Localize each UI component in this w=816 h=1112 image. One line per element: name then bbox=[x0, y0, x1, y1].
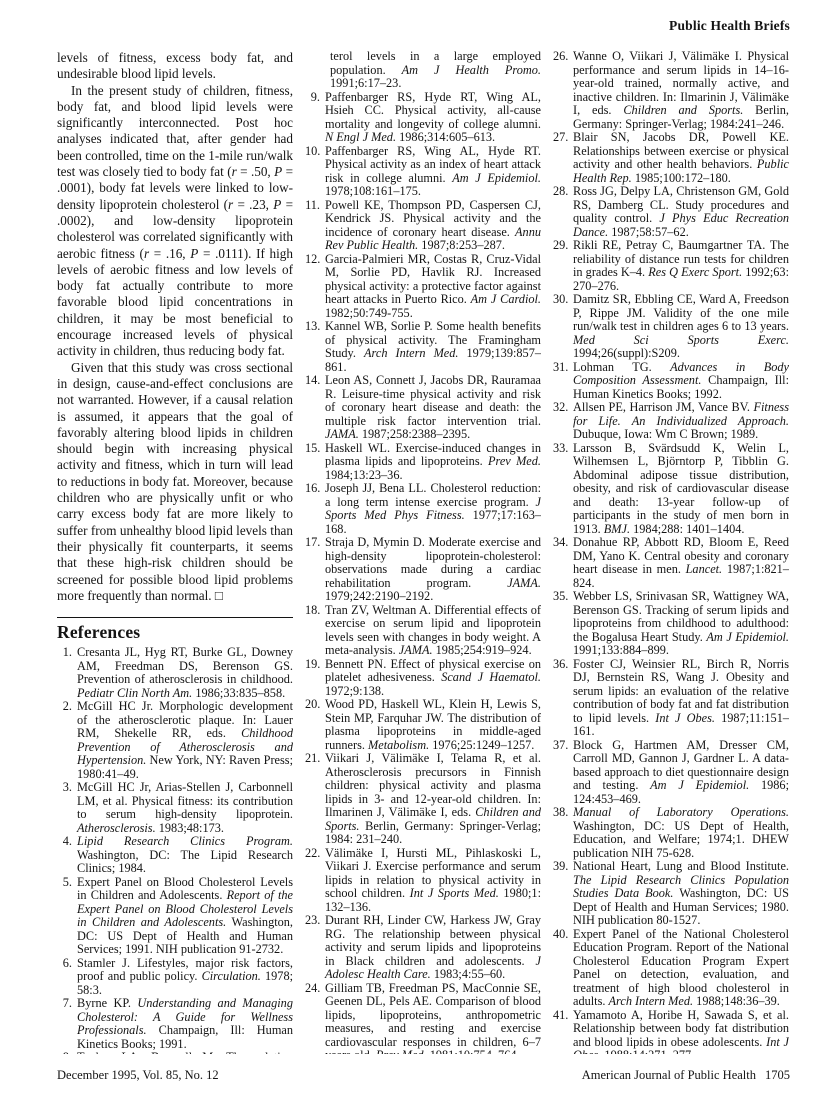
reference-item: 8.Tucker LA, Bagwell M. The relation bet… bbox=[57, 1051, 293, 1054]
reference-number: 41. bbox=[553, 1009, 573, 1055]
reference-text: Paffenbarger RS, Wing AL, Hyde RT. Physi… bbox=[325, 145, 541, 199]
reference-text: Ross JG, Delpy LA, Christenson GM, Gold … bbox=[573, 185, 789, 239]
footer-issue-info: December 1995, Vol. 85, No. 12 bbox=[57, 1068, 219, 1083]
reference-text: Wanne O, Viikari J, Välimäke I. Physical… bbox=[573, 50, 789, 131]
reference-text: Larsson B, Svärdsudd K, Welin L, Wilhems… bbox=[573, 442, 789, 537]
reference-text: Expert Panel on Blood Cholesterol Levels… bbox=[77, 876, 293, 957]
reference-carryover: terol levels in a large employed populat… bbox=[330, 50, 541, 91]
reference-text: Webber LS, Srinivasan SR, Wattigney WA, … bbox=[573, 590, 789, 658]
reference-number: 40. bbox=[553, 928, 573, 1009]
reference-item: 20.Wood PD, Haskell WL, Klein H, Lewis S… bbox=[305, 698, 541, 752]
reference-number: 30. bbox=[553, 293, 573, 361]
reference-text: Tran ZV, Weltman A. Differential effects… bbox=[325, 604, 541, 658]
reference-number: 35. bbox=[553, 590, 573, 658]
reference-item: 7.Byrne KP. Understanding and Managing C… bbox=[57, 997, 293, 1051]
reference-number: 29. bbox=[553, 239, 573, 293]
reference-number: 3. bbox=[57, 781, 77, 835]
reference-item: 40.Expert Panel of the National Choleste… bbox=[553, 928, 789, 1009]
reference-number: 28. bbox=[553, 185, 573, 239]
reference-text: Straja D, Mymin D. Moderate exercise and… bbox=[325, 536, 541, 604]
reference-number: 1. bbox=[57, 646, 77, 700]
reference-number: 14. bbox=[305, 374, 325, 442]
reference-item: 33.Larsson B, Svärdsudd K, Welin L, Wilh… bbox=[553, 442, 789, 537]
reference-item: 3.McGill HC Jr, Arias-Stellen J, Carbonn… bbox=[57, 781, 293, 835]
reference-number: 19. bbox=[305, 658, 325, 699]
journal-page: Public Health Briefs levels of fitness, … bbox=[0, 0, 816, 1112]
reference-item: 41.Yamamoto A, Horibe H, Sawada S, et al… bbox=[553, 1009, 789, 1055]
references-list-col3: 26.Wanne O, Viikari J, Välimäke I. Physi… bbox=[553, 50, 789, 1054]
column-2: terol levels in a large employed populat… bbox=[305, 50, 541, 1054]
reference-number: 8. bbox=[57, 1051, 77, 1054]
reference-item: 35.Webber LS, Srinivasan SR, Wattigney W… bbox=[553, 590, 789, 658]
column-3: 26.Wanne O, Viikari J, Välimäke I. Physi… bbox=[553, 50, 789, 1054]
reference-text: Kannel WB, Sorlie P. Some health benefit… bbox=[325, 320, 541, 374]
reference-item: 31.Lohman TG. Advances in Body Compositi… bbox=[553, 361, 789, 402]
reference-item: 9.Paffenbarger RS, Hyde RT, Wing AL, Hsi… bbox=[305, 91, 541, 145]
reference-item: 22.Välimäke I, Hursti ML, Pihlaskoski L,… bbox=[305, 847, 541, 915]
reference-item: 32.Allsen PE, Harrison JM, Vance BV. Fit… bbox=[553, 401, 789, 442]
reference-text: Durant RH, Linder CW, Harkess JW, Gray R… bbox=[325, 914, 541, 982]
reference-number: 13. bbox=[305, 320, 325, 374]
reference-number: 37. bbox=[553, 739, 573, 807]
reference-item: 36.Foster CJ, Weinsier RL, Birch R, Norr… bbox=[553, 658, 789, 739]
reference-text: Välimäke I, Hursti ML, Pihlaskoski L, Vi… bbox=[325, 847, 541, 915]
reference-text: Bennett PN. Effect of physical exercise … bbox=[325, 658, 541, 699]
reference-number: 39. bbox=[553, 860, 573, 928]
reference-item: 1.Cresanta JL, Hyg RT, Burke GL, Downey … bbox=[57, 646, 293, 700]
reference-item: 14.Leon AS, Connett J, Jacobs DR, Rauram… bbox=[305, 374, 541, 442]
reference-number: 26. bbox=[553, 50, 573, 131]
reference-number: 32. bbox=[553, 401, 573, 442]
reference-item: 28.Ross JG, Delpy LA, Christenson GM, Go… bbox=[553, 185, 789, 239]
reference-text: Allsen PE, Harrison JM, Vance BV. Fitnes… bbox=[573, 401, 789, 442]
running-head: Public Health Briefs bbox=[57, 18, 790, 34]
reference-number: 31. bbox=[553, 361, 573, 402]
reference-text: Gilliam TB, Freedman PS, MacConnie SE, G… bbox=[325, 982, 541, 1055]
reference-item: 27.Blair SN, Jacobs DR, Powell KE. Relat… bbox=[553, 131, 789, 185]
reference-item: 6.Stamler J. Lifestyles, major risk fact… bbox=[57, 957, 293, 998]
reference-item: 11.Powell KE, Thompson PD, Caspersen CJ,… bbox=[305, 199, 541, 253]
reference-item: 15.Haskell WL. Exercise-induced changes … bbox=[305, 442, 541, 483]
references-heading: References bbox=[57, 622, 293, 643]
reference-text: Lohman TG. Advances in Body Composition … bbox=[573, 361, 789, 402]
reference-item: 10.Paffenbarger RS, Wing AL, Hyde RT. Ph… bbox=[305, 145, 541, 199]
reference-item: 16.Joseph JJ, Bena LL. Cholesterol reduc… bbox=[305, 482, 541, 536]
reference-text: National Heart, Lung and Blood Institute… bbox=[573, 860, 789, 928]
reference-item: 4.Lipid Research Clinics Program. Washin… bbox=[57, 835, 293, 876]
reference-number: 6. bbox=[57, 957, 77, 998]
reference-item: 37.Block G, Hartmen AM, Dresser CM, Carr… bbox=[553, 739, 789, 807]
reference-number: 27. bbox=[553, 131, 573, 185]
reference-text: Rikli RE, Petray C, Baumgartner TA. The … bbox=[573, 239, 789, 293]
reference-item: 38.Manual of Laboratory Operations. Wash… bbox=[553, 806, 789, 860]
column-1: levels of fitness, excess body fat, and … bbox=[57, 50, 293, 1054]
reference-text: Yamamoto A, Horibe H, Sawada S, et al. R… bbox=[573, 1009, 789, 1055]
reference-number: 22. bbox=[305, 847, 325, 915]
reference-item: 21.Viikari J, Välimäke I, Telama R, et a… bbox=[305, 752, 541, 847]
reference-number: 24. bbox=[305, 982, 325, 1055]
reference-item: 13.Kannel WB, Sorlie P. Some health bene… bbox=[305, 320, 541, 374]
reference-text: Donahue RP, Abbott RD, Bloom E, Reed DM,… bbox=[573, 536, 789, 590]
reference-text: Expert Panel of the National Cholesterol… bbox=[573, 928, 789, 1009]
article-body: levels of fitness, excess body fat, and … bbox=[57, 50, 293, 604]
reference-text: Powell KE, Thompson PD, Caspersen CJ, Ke… bbox=[325, 199, 541, 253]
reference-number: 5. bbox=[57, 876, 77, 957]
reference-item: 30.Damitz SR, Ebbling CE, Ward A, Freeds… bbox=[553, 293, 789, 361]
reference-number: 34. bbox=[553, 536, 573, 590]
reference-item: 24.Gilliam TB, Freedman PS, MacConnie SE… bbox=[305, 982, 541, 1055]
reference-text: Damitz SR, Ebbling CE, Ward A, Freedson … bbox=[573, 293, 789, 361]
reference-text: Block G, Hartmen AM, Dresser CM, Carroll… bbox=[573, 739, 789, 807]
reference-text: Manual of Laboratory Operations. Washing… bbox=[573, 806, 789, 860]
reference-number: 9. bbox=[305, 91, 325, 145]
reference-text: Cresanta JL, Hyg RT, Burke GL, Downey AM… bbox=[77, 646, 293, 700]
body-paragraph: levels of fitness, excess body fat, and … bbox=[57, 50, 293, 83]
reference-item: 39.National Heart, Lung and Blood Instit… bbox=[553, 860, 789, 928]
reference-item: 23.Durant RH, Linder CW, Harkess JW, Gra… bbox=[305, 914, 541, 982]
reference-number: 20. bbox=[305, 698, 325, 752]
reference-number: 4. bbox=[57, 835, 77, 876]
reference-number: 38. bbox=[553, 806, 573, 860]
reference-text: Foster CJ, Weinsier RL, Birch R, Norris … bbox=[573, 658, 789, 739]
footer-journal-name: American Journal of Public Health bbox=[582, 1068, 756, 1083]
reference-number: 18. bbox=[305, 604, 325, 658]
body-paragraph: In the present study of children, fitnes… bbox=[57, 83, 293, 360]
reference-text: Garcia-Palmieri MR, Costas R, Cruz-Vidal… bbox=[325, 253, 541, 321]
reference-item: 5.Expert Panel on Blood Cholesterol Leve… bbox=[57, 876, 293, 957]
reference-text: Joseph JJ, Bena LL. Cholesterol reductio… bbox=[325, 482, 541, 536]
references-list-col1: 1.Cresanta JL, Hyg RT, Burke GL, Downey … bbox=[57, 646, 293, 1054]
reference-item: 2.McGill HC Jr. Morphologic development … bbox=[57, 700, 293, 781]
reference-item: 17.Straja D, Mymin D. Moderate exercise … bbox=[305, 536, 541, 604]
reference-number: 17. bbox=[305, 536, 325, 604]
reference-text: Haskell WL. Exercise-induced changes in … bbox=[325, 442, 541, 483]
reference-text: Wood PD, Haskell WL, Klein H, Lewis S, S… bbox=[325, 698, 541, 752]
reference-text: Tucker LA, Bagwell M. The relation betwe… bbox=[77, 1051, 293, 1054]
reference-number: 12. bbox=[305, 253, 325, 321]
reference-text: McGill HC Jr. Morphologic development of… bbox=[77, 700, 293, 781]
reference-item: 12.Garcia-Palmieri MR, Costas R, Cruz-Vi… bbox=[305, 253, 541, 321]
reference-number: 21. bbox=[305, 752, 325, 847]
reference-item: 29.Rikli RE, Petray C, Baumgartner TA. T… bbox=[553, 239, 789, 293]
page-footer: December 1995, Vol. 85, No. 12 American … bbox=[57, 1068, 790, 1083]
reference-number: 7. bbox=[57, 997, 77, 1051]
reference-text: Leon AS, Connett J, Jacobs DR, Rauramaa … bbox=[325, 374, 541, 442]
references-list-col2: 9.Paffenbarger RS, Hyde RT, Wing AL, Hsi… bbox=[305, 91, 541, 1055]
body-paragraph: Given that this study was cross sectiona… bbox=[57, 360, 293, 604]
reference-number: 23. bbox=[305, 914, 325, 982]
reference-number: 36. bbox=[553, 658, 573, 739]
reference-text: Paffenbarger RS, Hyde RT, Wing AL, Hsieh… bbox=[325, 91, 541, 145]
reference-item: 34.Donahue RP, Abbott RD, Bloom E, Reed … bbox=[553, 536, 789, 590]
reference-number: 10. bbox=[305, 145, 325, 199]
reference-text: Lipid Research Clinics Program. Washingt… bbox=[77, 835, 293, 876]
reference-text: Byrne KP. Understanding and Managing Cho… bbox=[77, 997, 293, 1051]
reference-number: 11. bbox=[305, 199, 325, 253]
reference-number: 15. bbox=[305, 442, 325, 483]
reference-item: 19.Bennett PN. Effect of physical exerci… bbox=[305, 658, 541, 699]
reference-number: 16. bbox=[305, 482, 325, 536]
reference-text: Viikari J, Välimäke I, Telama R, et al. … bbox=[325, 752, 541, 847]
reference-number: 33. bbox=[553, 442, 573, 537]
reference-number: 2. bbox=[57, 700, 77, 781]
reference-item: 18.Tran ZV, Weltman A. Differential effe… bbox=[305, 604, 541, 658]
page-columns: levels of fitness, excess body fat, and … bbox=[57, 50, 790, 1054]
section-divider bbox=[57, 617, 293, 618]
footer-page-number: 1705 bbox=[765, 1068, 790, 1083]
reference-text: McGill HC Jr, Arias-Stellen J, Carbonnel… bbox=[77, 781, 293, 835]
reference-text: Blair SN, Jacobs DR, Powell KE. Relation… bbox=[573, 131, 789, 185]
reference-item: 26.Wanne O, Viikari J, Välimäke I. Physi… bbox=[553, 50, 789, 131]
reference-text: Stamler J. Lifestyles, major risk factor… bbox=[77, 957, 293, 998]
